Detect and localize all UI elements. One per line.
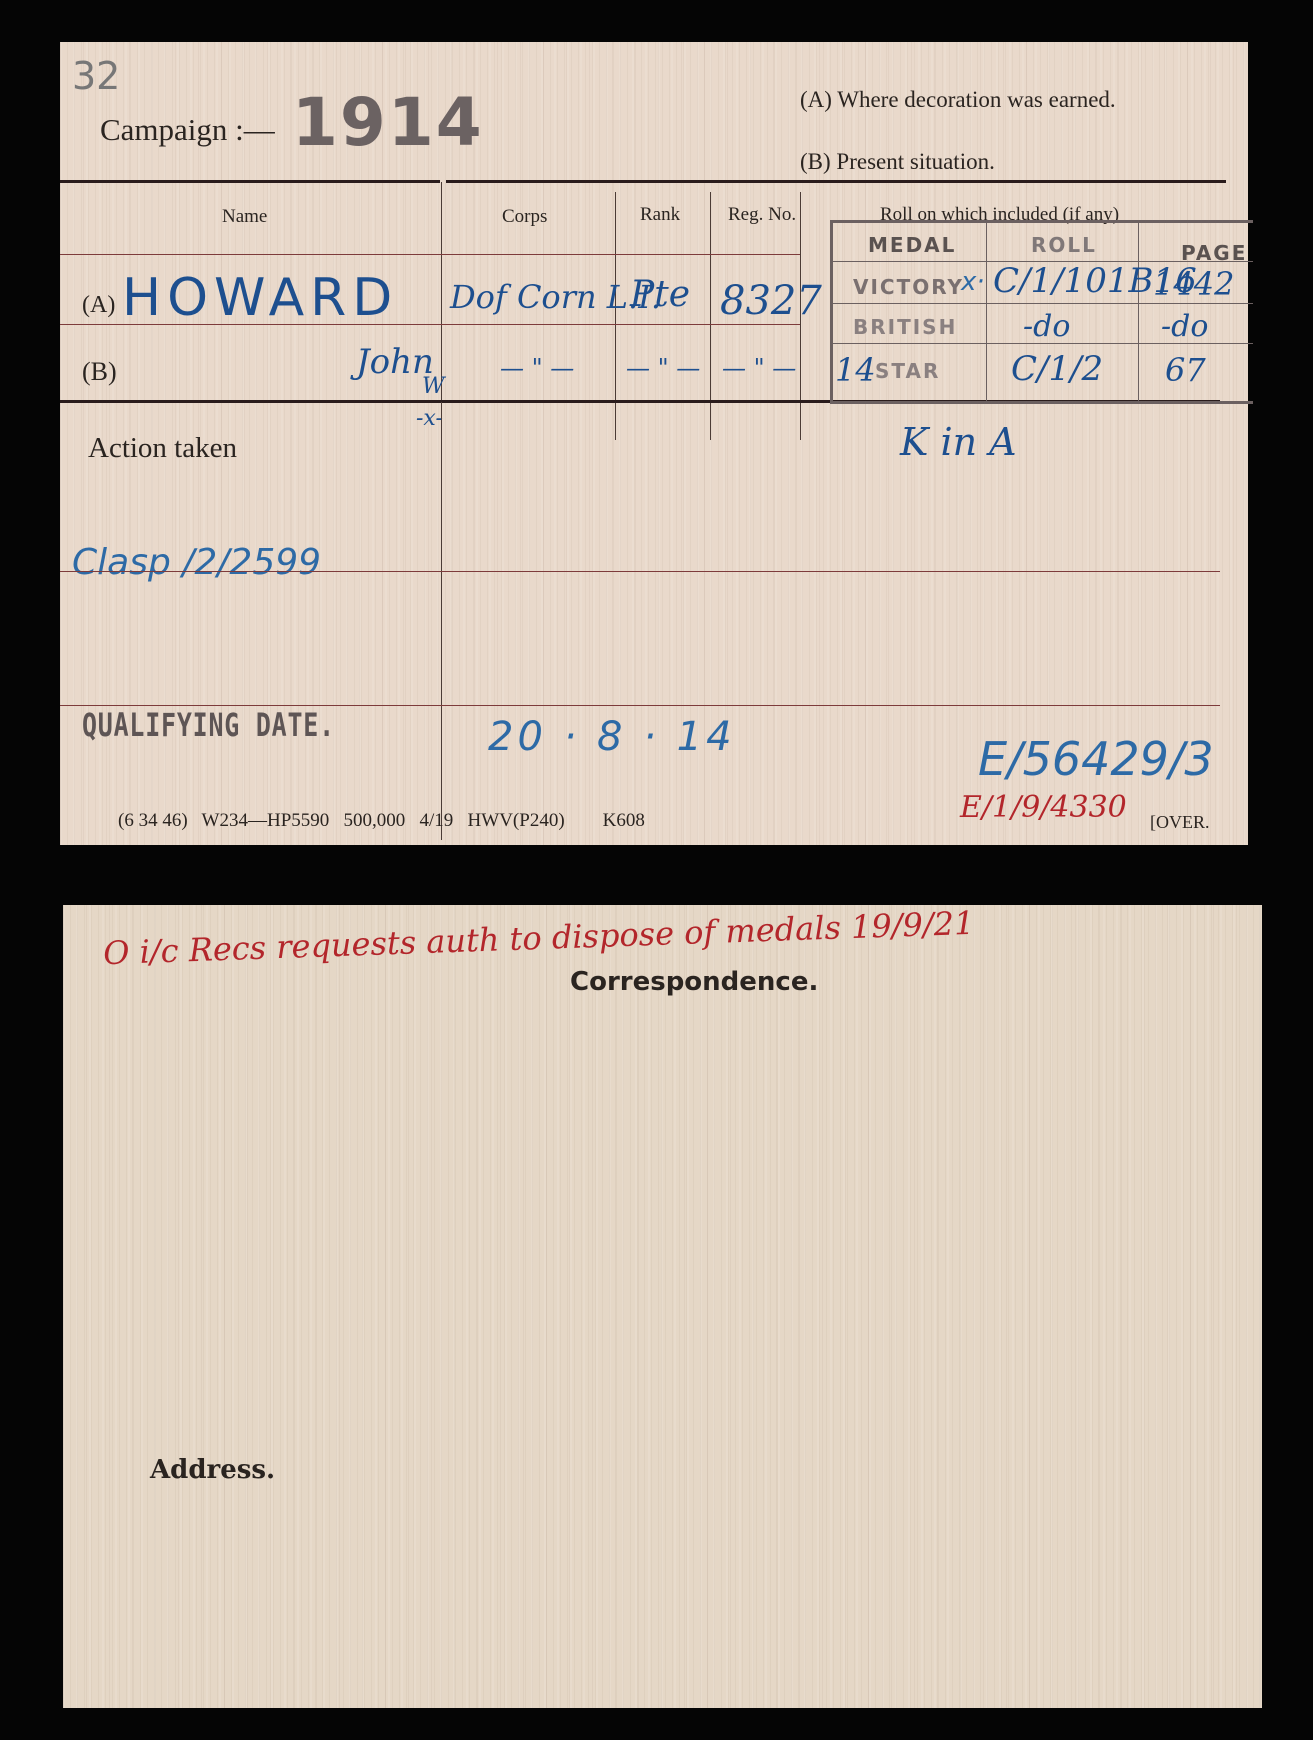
action-taken-value: Clasp /2/2599 (72, 542, 321, 583)
stamp-medal-victory: VICTORY (853, 275, 964, 299)
row-b-marker: (B) (82, 357, 117, 387)
medal-index-card-front: 32 Campaign :— 1914 (A) Where decoration… (60, 42, 1248, 845)
reference-number-red: E/1/9/4330 (960, 790, 1127, 825)
over-label: [OVER. (1150, 812, 1210, 833)
british-roll: -do (1023, 309, 1070, 344)
correspondence-label: Correspondence. (570, 967, 818, 997)
medal-index-card-back: O i/c Recs requests auth to dispose of m… (63, 905, 1262, 1708)
stamp-medal-star: STAR (875, 359, 940, 383)
star-page: 67 (1165, 351, 1206, 389)
qualifying-date-value: 20 · 8 · 14 (488, 714, 736, 760)
pencil-number: 32 (72, 54, 120, 98)
campaign-label: Campaign :— (100, 112, 275, 148)
corps-ditto: — " — (500, 354, 574, 382)
rank-value: Pte (630, 274, 690, 315)
star-roll: C/1/2 (1011, 349, 1103, 389)
legend-where-earned: (A) Where decoration was earned. (800, 87, 1116, 113)
british-page: -do (1161, 309, 1208, 344)
row-line-action (60, 571, 1220, 572)
remark-killed-in-action: K in A (900, 420, 1017, 464)
correspondence-note: O i/c Recs requests auth to dispose of m… (103, 904, 975, 972)
address-label: Address. (150, 1455, 275, 1485)
stamp-medal-british: BRITISH (853, 315, 957, 339)
legend-present-situation: (B) Present situation. (800, 149, 995, 175)
rank-ditto: — " — (626, 354, 700, 382)
victory-page: 1442 (1153, 265, 1234, 303)
star-prefix: 14 (835, 351, 876, 389)
medal-roll-stamp: MEDAL ROLL PAGE VICTORY x· C/1/101B16 14… (830, 220, 1253, 404)
surname: HOWARD (122, 268, 398, 328)
column-header-reg-no: Reg. No. (728, 204, 796, 226)
reg-no-value: 8327 (720, 278, 822, 324)
form-footer: (6 34 46) W234—HP5590 500,000 4/19 HWV(P… (118, 810, 645, 832)
header-rule-right (446, 180, 1226, 183)
victory-check-mark: x· (961, 267, 985, 297)
reg-no-ditto: — " — (722, 354, 796, 382)
stamp-header-roll: ROLL (1031, 233, 1097, 257)
header-rule-left (60, 180, 440, 183)
row-line-header (60, 254, 800, 255)
reference-number: E/56429/3 (978, 732, 1214, 786)
cross-mark: -x- (416, 406, 443, 431)
column-header-rank: Rank (640, 204, 680, 226)
col-divider-lower (441, 402, 442, 840)
campaign-year-stamp: 1914 (292, 84, 484, 161)
qualifying-date-label: QUALIFYING DATE. (82, 706, 335, 744)
action-taken-label: Action taken (88, 432, 237, 465)
stamp-header-medal: MEDAL (868, 233, 956, 257)
initial: W (422, 374, 445, 399)
column-header-name: Name (222, 206, 267, 228)
column-header-corps: Corps (502, 206, 547, 228)
row-a-marker: (A) (82, 292, 115, 319)
